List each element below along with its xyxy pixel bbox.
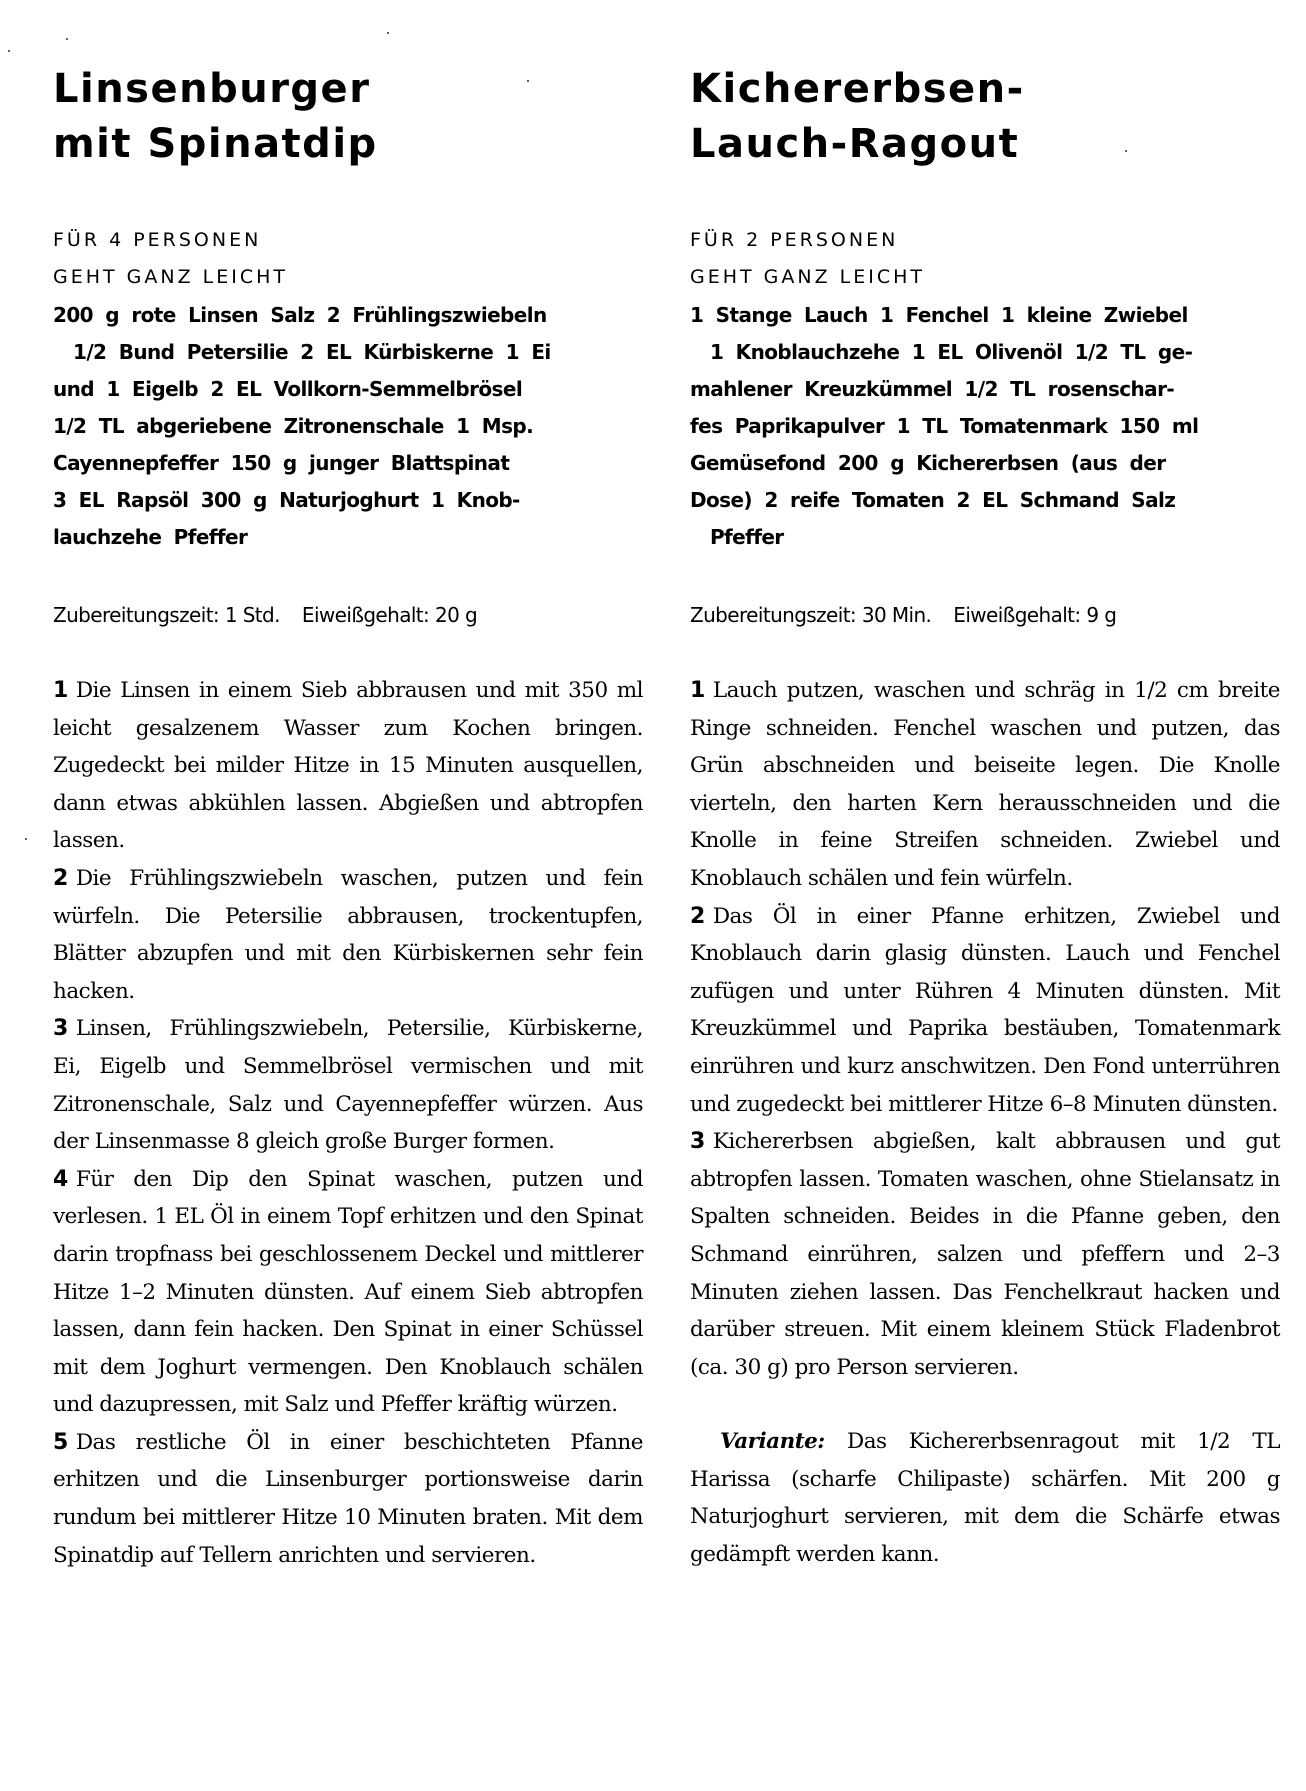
recipe-title: Kichererbsen- Lauch-Ragout [690,62,1025,172]
ingredient-line: mahlener Kreuzkümmel 1/2 TL rosenschar- [690,371,1280,408]
variant-note: Variante: Das Kichererbsenragout mit 1/2… [690,1423,1280,1573]
instruction-step: 1Lauch putzen, waschen und schräg in 1/2… [690,672,1280,898]
ingredient-line: Gemüsefond 200 g Kichererbsen (aus der [690,445,1280,482]
ingredient-line: lauchzehe Pfeffer [53,519,643,556]
instruction-step: 4Für den Dip den Spinat waschen, putzen … [53,1161,643,1424]
ingredient-list: 1 Stange Lauch 1 Fenchel 1 kleine Zwiebe… [690,297,1280,556]
scan-speck [25,838,27,840]
step-number: 2 [690,904,705,929]
title-line: Kichererbsen- [690,62,1025,117]
recipe-meta: FÜR 2 PERSONEN GEHT GANZ LEICHT [690,222,925,296]
instruction-steps: 1Die Linsen in einem Sieb abbrausen und … [53,672,643,1574]
difficulty-label: GEHT GANZ LEICHT [690,259,925,296]
step-number: 1 [53,678,68,703]
ingredient-line: Pfeffer [690,519,1280,556]
instruction-steps: 1Lauch putzen, waschen und schräg in 1/2… [690,672,1280,1574]
difficulty-label: GEHT GANZ LEICHT [53,259,288,296]
scan-speck [1125,150,1127,152]
ingredient-line: 1/2 Bund Petersilie 2 EL Kürbiskerne 1 E… [53,334,643,371]
step-number: 1 [690,678,705,703]
scan-speck [8,50,10,52]
step-number: 5 [53,1430,68,1455]
step-number: 3 [690,1129,705,1154]
instruction-step: 2Die Frühlingszwiebeln waschen, putzen u… [53,860,643,1010]
instruction-step: 1Die Linsen in einem Sieb abbrausen und … [53,672,643,860]
scan-speck [527,80,529,82]
ingredient-line: Dose) 2 reife Tomaten 2 EL Schmand Salz [690,482,1280,519]
instruction-step: 5Das restliche Öl in einer beschichteten… [53,1424,643,1574]
recipe-facts: Zubereitungszeit: 1 Std.Eiweißgehalt: 20… [53,603,477,627]
title-line: Lauch-Ragout [690,117,1025,172]
prep-time: Zubereitungszeit: 30 Min. [690,603,931,627]
ingredient-line: 200 g rote Linsen Salz 2 Frühlingszwiebe… [53,297,643,334]
recipe-facts: Zubereitungszeit: 30 Min.Eiweißgehalt: 9… [690,603,1116,627]
title-line: Linsenburger [53,62,378,117]
step-number: 2 [53,866,68,891]
ingredient-line: 1 Knoblauchzehe 1 EL Olivenöl 1/2 TL ge- [690,334,1280,371]
ingredient-line: 1/2 TL abgeriebene Zitronenschale 1 Msp. [53,408,643,445]
instruction-step: 2Das Öl in einer Pfanne erhitzen, Zwiebe… [690,898,1280,1124]
ingredient-line: Cayennepfeffer 150 g junger Blattspinat [53,445,643,482]
prep-time: Zubereitungszeit: 1 Std. [53,603,280,627]
scan-speck [66,38,68,40]
ingredient-line: und 1 Eigelb 2 EL Vollkorn-Semmelbrösel [53,371,643,408]
variant-label: Variante: [720,1429,825,1454]
ingredient-line: 1 Stange Lauch 1 Fenchel 1 kleine Zwiebe… [690,297,1280,334]
servings-label: FÜR 2 PERSONEN [690,222,925,259]
instruction-step: 3Kichererbsen abgießen, kalt abbrausen u… [690,1123,1280,1386]
protein-content: Eiweißgehalt: 20 g [302,603,477,627]
ingredient-line: 3 EL Rapsöl 300 g Naturjoghurt 1 Knob- [53,482,643,519]
ingredient-list: 200 g rote Linsen Salz 2 Frühlingszwiebe… [53,297,643,556]
ingredient-line: fes Paprikapulver 1 TL Tomatenmark 150 m… [690,408,1280,445]
scan-speck [387,32,389,34]
servings-label: FÜR 4 PERSONEN [53,222,288,259]
protein-content: Eiweißgehalt: 9 g [953,603,1116,627]
recipe-title: Linsenburger mit Spinatdip [53,62,378,172]
recipe-meta: FÜR 4 PERSONEN GEHT GANZ LEICHT [53,222,288,296]
step-number: 3 [53,1016,68,1041]
step-number: 4 [53,1167,68,1192]
title-line: mit Spinatdip [53,117,378,172]
instruction-step: 3Linsen, Frühlingszwiebeln, Petersilie, … [53,1010,643,1160]
